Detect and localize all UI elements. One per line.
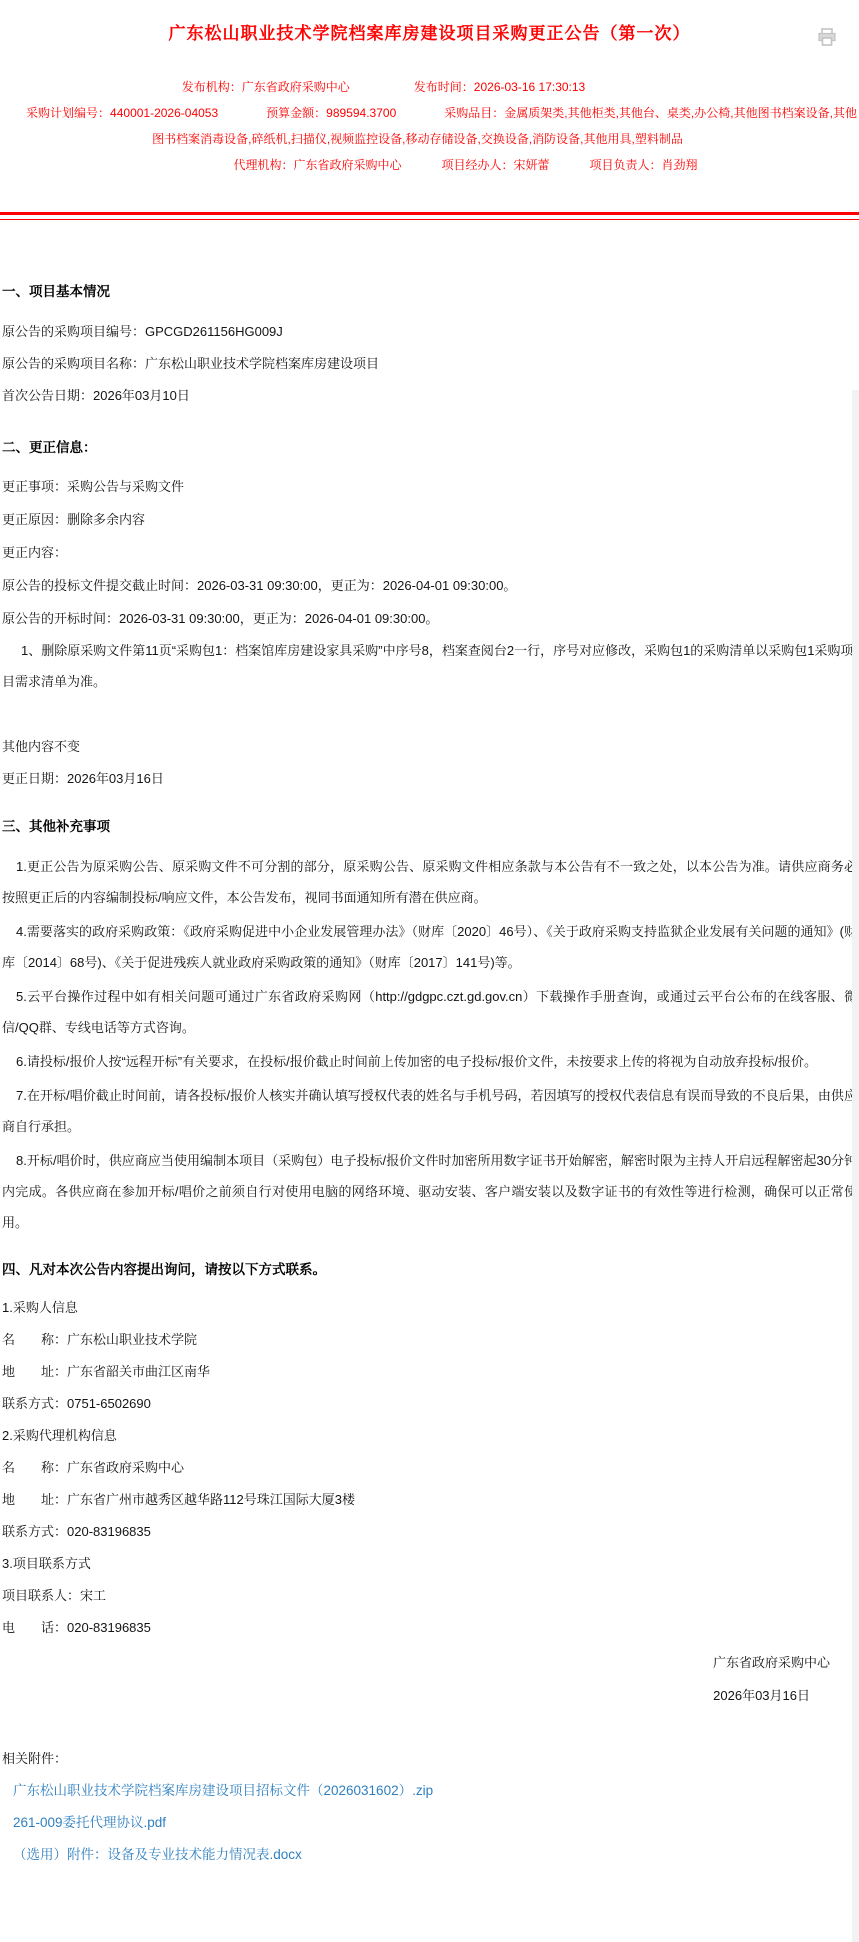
red-divider (0, 212, 859, 220)
correction-open-time: 原公告的开标时间：2026-03-31 09:30:00，更正为：2026-04… (2, 602, 857, 635)
correction-date: 更正日期：2026年03月16日 (2, 763, 857, 795)
original-project-number: 原公告的采购项目编号：GPCGD261156HG009J (2, 316, 857, 348)
section-contacts: 四、凡对本次公告内容提出询问，请按以下方式联系。 1.采购人信息 名 称：广东松… (2, 1254, 857, 1644)
signature-org: 广东省政府采购中心 (2, 1646, 857, 1679)
section-correction-info: 二、更正信息： 更正事项：采购公告与采购文件 更正原因：删除多余内容 更正内容：… (2, 432, 857, 795)
buyer-name: 名 称：广东松山职业技术学院 (2, 1324, 857, 1356)
meta-publish-time: 发布时间：2026-03-16 17:30:13 (414, 80, 585, 94)
correction-reason: 更正原因：删除多余内容 (2, 503, 857, 536)
meta-procurement-items: 采购品目：金属质架类,其他柜类,其他台、桌类,办公椅,其他图书档案设备,其他图书… (152, 106, 857, 146)
project-contact-phone: 电 话：020-83196835 (2, 1612, 857, 1644)
meta-leader: 项目负责人：肖劲翔 (590, 158, 698, 172)
project-contact-person: 项目联系人：宋工 (2, 1580, 857, 1612)
section-4-heading: 四、凡对本次公告内容提出询问，请按以下方式联系。 (2, 1254, 857, 1286)
announcement-meta: 发布机构：广东省政府采购中心发布时间：2026-03-16 17:30:13 采… (0, 74, 859, 178)
attachments-section: 相关附件： 广东松山职业技术学院档案库房建设项目招标文件（2026031602）… (0, 1743, 859, 1879)
buyer-phone: 联系方式：0751-6502690 (2, 1388, 857, 1420)
supplementary-para-5: 5.云平台操作过程中如有相关问题可通过广东省政府采购网（http://gdgpc… (2, 981, 857, 1043)
supplementary-para-4: 4.需要落实的政府采购政策：《政府采购促进中小企业发展管理办法》（财库〔2020… (2, 916, 857, 978)
scrollbar-track[interactable] (852, 390, 859, 1942)
correction-deadline: 原公告的投标文件提交截止时间：2026-03-31 09:30:00，更正为：2… (2, 569, 857, 602)
supplementary-para-6: 6.请投标/报价人按“远程开标”有关要求，在投标/报价截止时间前上传加密的电子投… (2, 1046, 857, 1077)
meta-publish-org: 发布机构：广东省政府采购中心 (182, 80, 350, 94)
meta-budget: 预算金额：989594.3700 (266, 106, 396, 120)
supplementary-para-1: 1.更正公告为原采购公告、原采购文件不可分割的部分，原采购公告、原采购文件相应条… (2, 851, 857, 913)
agency-address: 地 址：广东省广州市越秀区越华路112号珠江国际大厦3楼 (2, 1484, 857, 1516)
meta-agent: 代理机构：广东省政府采购中心 (233, 158, 401, 172)
printer-icon (817, 27, 837, 47)
other-content-unchanged: 其他内容不变 (2, 731, 857, 763)
section-2-heading: 二、更正信息： (2, 432, 857, 464)
buyer-address: 地 址：广东省韶关市曲江区南华 (2, 1356, 857, 1388)
meta-plan-no: 采购计划编号：440001-2026-04053 (26, 106, 218, 120)
signature-date: 2026年03月16日 (2, 1679, 857, 1713)
original-project-name: 原公告的采购项目名称：广东松山职业技术学院档案库房建设项目 (2, 348, 857, 380)
first-announce-date: 首次公告日期：2026年03月10日 (2, 380, 857, 412)
meta-row-3: 代理机构：广东省政府采购中心项目经办人：宋妍蕾项目负责人：肖劲翔 (0, 152, 859, 178)
page-title: 广东松山职业技术学院档案库房建设项目采购更正公告（第一次） (0, 0, 859, 46)
attachment-link-capability-table-docx[interactable]: （选用）附件：设备及专业技术能力情况表.docx (13, 1839, 857, 1871)
correction-detail-1: 1、删除原采购文件第11页“采购包1：档案馆库房建设家具采购”中序号8，档案查阅… (2, 635, 857, 697)
correction-item: 更正事项：采购公告与采购文件 (2, 470, 857, 503)
project-contact-title: 3.项目联系方式 (2, 1548, 857, 1580)
print-button[interactable] (817, 27, 837, 47)
announcement-body: 一、项目基本情况 原公告的采购项目编号：GPCGD261156HG009J 原公… (0, 276, 859, 1713)
correction-content-label: 更正内容： (2, 536, 857, 569)
agency-phone: 联系方式：020-83196835 (2, 1516, 857, 1548)
section-supplementary: 三、其他补充事项 1.更正公告为原采购公告、原采购文件不可分割的部分，原采购公告… (2, 811, 857, 1238)
meta-row-2: 采购计划编号：440001-2026-04053预算金额：989594.3700… (0, 100, 859, 152)
signature-block: 广东省政府采购中心 2026年03月16日 (2, 1646, 857, 1713)
section-basic-info: 一、项目基本情况 原公告的采购项目编号：GPCGD261156HG009J 原公… (2, 276, 857, 412)
buyer-info-title: 1.采购人信息 (2, 1292, 857, 1324)
attachments-title: 相关附件： (2, 1743, 857, 1775)
attachment-link-agency-agreement-pdf[interactable]: 261-009委托代理协议.pdf (13, 1807, 857, 1839)
meta-row-1: 发布机构：广东省政府采购中心发布时间：2026-03-16 17:30:13 (0, 74, 859, 100)
supplementary-para-8: 8.开标/唱价时，供应商应当使用编制本项目（采购包）电子投标/报价文件时加密所用… (2, 1145, 857, 1238)
agency-info-title: 2.采购代理机构信息 (2, 1420, 857, 1452)
meta-handler: 项目经办人：宋妍蕾 (441, 158, 549, 172)
section-1-heading: 一、项目基本情况 (2, 276, 857, 308)
attachment-link-tender-file-zip[interactable]: 广东松山职业技术学院档案库房建设项目招标文件（2026031602）.zip (13, 1775, 857, 1807)
supplementary-para-7: 7.在开标/唱价截止时间前，请各投标/报价人核实并确认填写授权代表的姓名与手机号… (2, 1080, 857, 1142)
section-3-heading: 三、其他补充事项 (2, 811, 857, 843)
agency-name: 名 称：广东省政府采购中心 (2, 1452, 857, 1484)
